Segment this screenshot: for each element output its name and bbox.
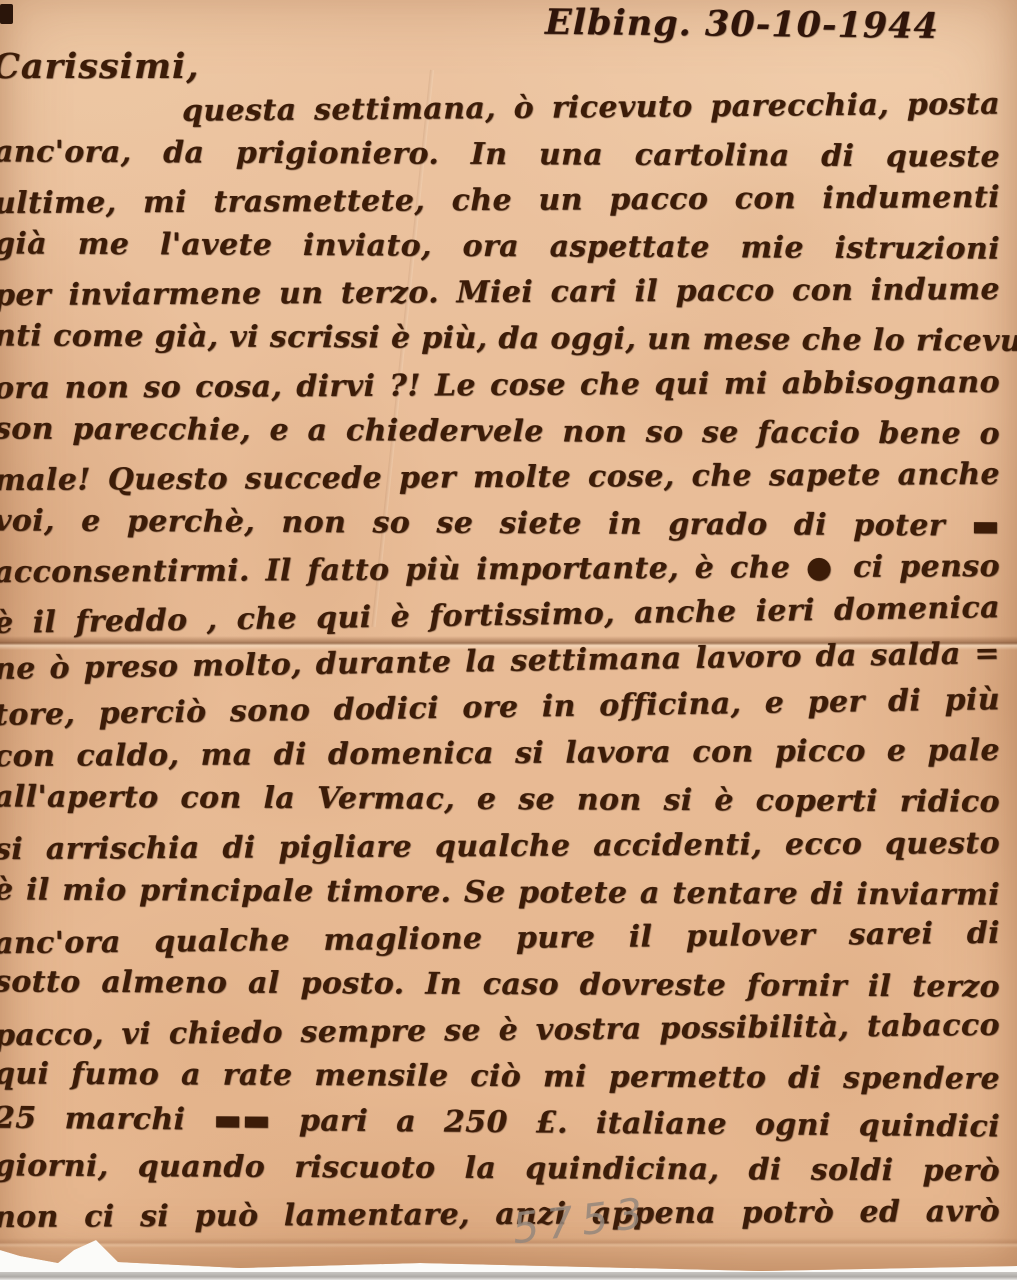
letter-line: si arrischia di pigliare qualche acciden…	[0, 820, 1000, 872]
letter-line: è il mio principale timore. Se potete a …	[0, 867, 1000, 918]
letter-line: ultime, mi trasmettete, che un pacco con…	[0, 175, 1000, 227]
letter-date: Elbing. 30-10-1944	[545, 2, 975, 48]
letter-line: pacco, vi chiedo sempre se è vostra poss…	[0, 1003, 1000, 1060]
letter-line: voi, e perchè, non so se siete in grado …	[0, 498, 1000, 549]
letter-body: questa settimana, ò ricevuto parecchia, …	[0, 86, 1000, 1238]
letter-line: son parecchie, e a chiedervele non so se…	[0, 406, 1000, 457]
letter-line: ora non so cosa, dirvi ?! Le cose che qu…	[0, 359, 1000, 411]
letter-line: con caldo, ma di domenica si lavora con …	[0, 728, 1000, 780]
scanner-edge-shadow	[0, 1272, 1017, 1280]
letter-line: 25 marchi ▬▬ pari a 250 £. italiane ogni…	[0, 1096, 1000, 1151]
letter-line: qui fumo a rate mensile ciò mi permetto …	[0, 1051, 1000, 1102]
letter-line: anc'ora qualche maglione pure il pulover…	[0, 910, 1000, 967]
letter-salutation: Carissimi,	[0, 46, 200, 87]
letter-page: Elbing. 30-10-1944 Carissimi, questa set…	[0, 0, 1017, 1272]
letter-line: per inviarmene un terzo. Miei cari il pa…	[0, 267, 1000, 319]
letter-line: anc'ora, da prigioniero. In una cartolin…	[0, 129, 1000, 180]
letter-line: giorni, quando riscuoto la quindicina, d…	[0, 1144, 1000, 1195]
ink-mark-top-left	[0, 4, 13, 24]
letter-line: male! Questo succede per molte cose, che…	[0, 452, 1000, 504]
letter-line: all'aperto con la Vermac, e se non si è …	[0, 775, 1000, 826]
letter-line: non ci si può lamentare, anzi appena pot…	[0, 1189, 1000, 1241]
letter-line: nti come già, vi scrissi è più, da oggi,…	[0, 314, 1000, 365]
letter-line: già me l'avete inviato, ora aspettate mi…	[0, 222, 1000, 273]
letter-line: sotto almeno al posto. In caso dovreste …	[0, 959, 1000, 1010]
letter-line: questa settimana, ò ricevuto parecchia, …	[0, 82, 1000, 137]
